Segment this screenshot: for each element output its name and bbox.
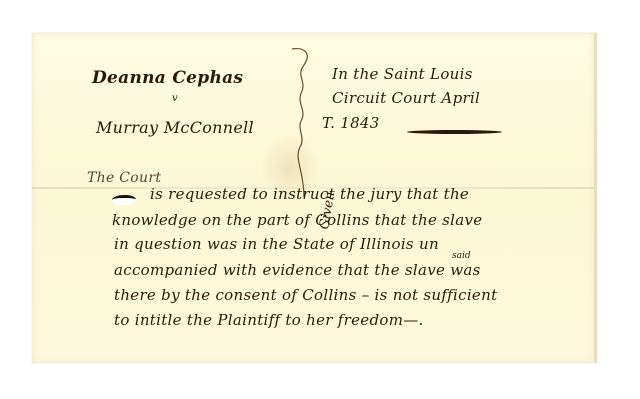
versus-mark: v <box>172 93 178 104</box>
defendant-name: Murray McConnell <box>96 118 254 137</box>
instruction-header: The Court <box>87 170 161 186</box>
body-line-3: in question was in the State of Illinois… <box>114 235 439 253</box>
manuscript-page: Deanna Cephas v Murray McConnell In the … <box>32 33 597 363</box>
caption-brace-icon <box>290 47 312 197</box>
flourish-underline <box>407 130 502 134</box>
paper-hole <box>112 195 136 205</box>
document-viewer: Deanna Cephas v Murray McConnell In the … <box>0 0 640 399</box>
plaintiff-name: Deanna Cephas <box>92 68 243 88</box>
court-line-2: Circuit Court April <box>332 89 480 107</box>
body-line-5: there by the consent of Collins – is not… <box>114 286 497 304</box>
body-line-6: to intitle the Plaintiff to her freedom—… <box>114 311 424 329</box>
interlinear-insertion: said <box>452 251 471 261</box>
court-line-1: In the Saint Louis <box>332 65 473 83</box>
court-term-year: T. 1843 <box>322 114 380 132</box>
body-line-2: knowledge on the part of Collins that th… <box>112 211 482 229</box>
body-line-1: is requested to instruct the jury that t… <box>150 185 469 203</box>
body-line-4: accompanied with evidence that the slave… <box>114 261 481 279</box>
